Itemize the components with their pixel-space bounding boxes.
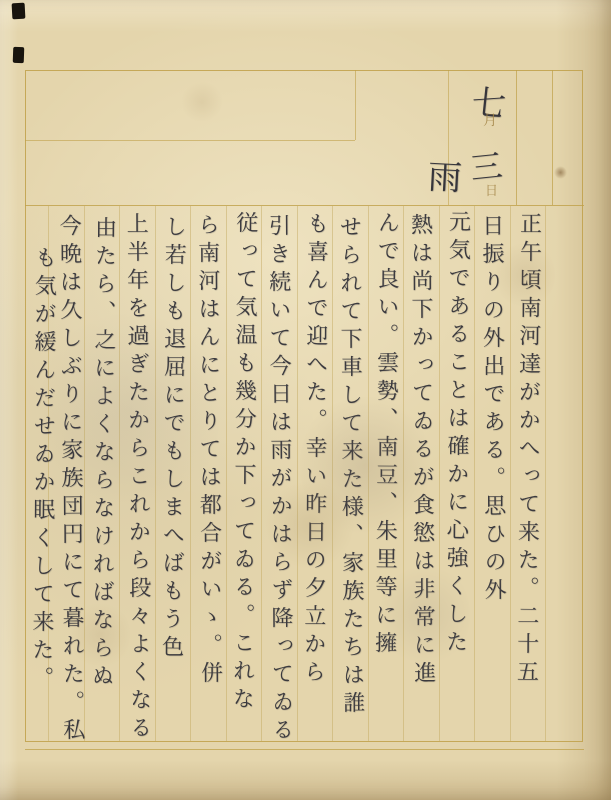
header-left-field-divider — [355, 70, 356, 140]
column-rule — [403, 206, 404, 741]
binding-mark-top — [12, 3, 26, 20]
column-rule — [119, 206, 120, 741]
text-column-9: 従って気温も幾分か下ってゐる。これな — [227, 211, 259, 715]
column-rule — [474, 206, 475, 741]
text-column-11: し若しも退屈にでもしまへばもう色 — [156, 215, 187, 663]
text-column-2: 日振りの外出である。思ひの外 — [477, 214, 508, 606]
weather-note: 雨 — [427, 149, 464, 200]
column-rule — [368, 206, 369, 741]
text-column-15: も気が緩んだせゐか眠くして来た。 — [26, 246, 57, 694]
date-box-right-line — [552, 70, 553, 205]
header-separator-line — [25, 205, 584, 206]
date-day-label: 日 — [485, 180, 498, 199]
text-column-6: せられて下車して来た様、家族たちは誰 — [334, 215, 366, 719]
column-rule — [545, 206, 546, 741]
text-column-4: 熱は尚下かってゐるが食慾は非常に進 — [405, 213, 436, 689]
text-column-10: ら南河はんにとりては都合がいゝ。併 — [192, 213, 223, 689]
text-column-3: 元気であることは確かに心強くした — [440, 210, 471, 658]
column-rule — [190, 206, 191, 741]
text-column-1: 正午頃南河達がかへって来た。二十五 — [511, 212, 542, 688]
date-month-label: 月 — [483, 110, 497, 130]
text-column-8: 引き続いて今日は雨がかはらず降ってゐる — [263, 214, 295, 746]
column-rule — [261, 206, 262, 741]
header-left-field-line — [25, 140, 355, 141]
footer-double-line — [25, 749, 584, 750]
binding-mark-bottom — [13, 47, 25, 63]
column-rule — [439, 206, 440, 741]
text-column-7: も喜んで迎へた。幸い昨日の夕立から — [298, 212, 329, 688]
manuscript-page: 七 月 三 日 雨 正午頃南河達がかへって来た。二十五 日振りの外出である。思ひ… — [0, 0, 611, 800]
text-column-14: 今晩は久しぶりに家族団円にて暮れた。私 — [54, 214, 86, 746]
date-box-mid-line — [516, 70, 517, 205]
text-column-12: 上半年を過ぎたからこれから段々よくなる — [121, 212, 153, 744]
text-column-13: 由たら、之によくならなければならぬ — [86, 216, 117, 692]
column-rule — [332, 206, 333, 741]
text-column-5: んで良い。雲勢、南豆、朱里等に擁 — [369, 211, 400, 659]
